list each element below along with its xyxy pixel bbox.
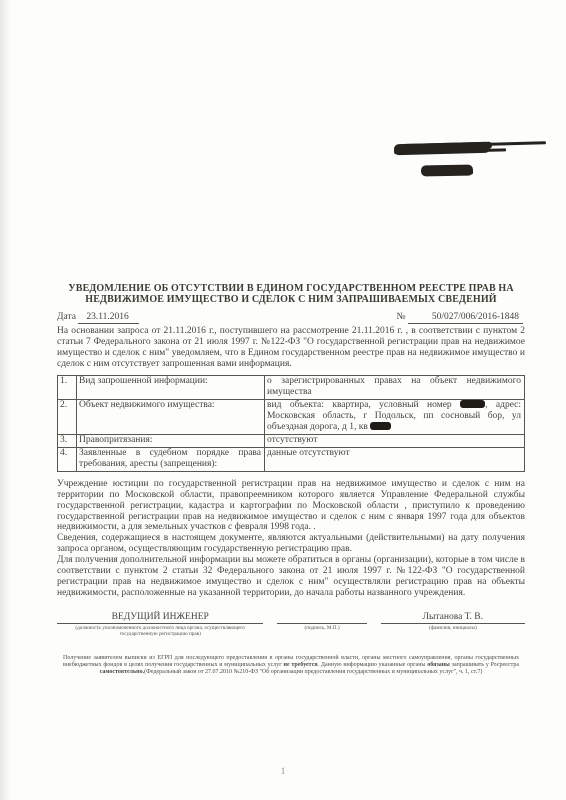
row-value: вид объекта: квартира, условный номер , … (265, 399, 525, 434)
footnote-bold-obliged: обязаны (427, 662, 450, 668)
name-caption: (фамилия, инициалы) (381, 625, 525, 631)
signature-position-column: ВЕДУЩИЙ ИНЖЕНЕР (должность уполномоченно… (57, 612, 263, 637)
document-body: УВЕДОМЛЕНИЕ ОБ ОТСУТСТВИИ В ЕДИНОМ ГОСУД… (57, 284, 525, 676)
redaction-mark (370, 422, 391, 430)
table-row: 2. Объект недвижимого имущества: вид объ… (58, 399, 525, 434)
signature-block: ВЕДУЩИЙ ИНЖЕНЕР (должность уполномоченно… (57, 612, 525, 637)
body-paragraph-1: Учреждение юстиции по государственной ре… (57, 479, 525, 534)
row-label: Заявленные в судебном порядке права треб… (77, 447, 265, 471)
stamp-caption: (подпись, М.П.) (277, 625, 366, 631)
date-value: 23.11.2016 (78, 312, 138, 324)
row-label: Вид запрошенной информации: (77, 375, 265, 399)
footnote-law-reference: (Федеральный закон от 27.07.2010 №210-ФЗ… (144, 669, 482, 675)
row-value: о зарегистрированных правах на объект не… (265, 375, 525, 399)
page-number: 1 (0, 766, 566, 776)
number-label: № (396, 312, 405, 322)
table-row: 4. Заявленные в судебном порядке права т… (58, 447, 525, 471)
redaction-scribble-top (394, 142, 490, 156)
document-title: УВЕДОМЛЕНИЕ ОБ ОТСУТСТВИИ В ЕДИНОМ ГОСУД… (57, 284, 525, 305)
legal-footnote: Получение заявителем выписки из ЕГРП для… (57, 655, 525, 676)
request-info-table: 1. Вид запрошенной информации: о зарегис… (57, 375, 525, 472)
redaction-scribble-bottom (421, 165, 473, 177)
signer-name: Лытанова Т. В. (381, 612, 525, 624)
position-caption: (должность уполномоченного должностного … (57, 625, 263, 637)
row-number: 3. (58, 434, 77, 447)
footnote-text: . Данную информацию указанные органы (318, 662, 428, 668)
row-label: Правопритязания: (77, 434, 265, 447)
number-group: № 50/027/006/2016-1848 (396, 312, 523, 322)
row-label: Объект недвижимого имущества: (77, 399, 265, 434)
footnote-bold-not-required: не требуется (284, 662, 318, 668)
footnote-bold-independently: самостоятельно. (100, 669, 145, 675)
body-paragraph-2: Сведения, содержащиеся в настоящем докум… (57, 533, 525, 555)
position-title: ВЕДУЩИЙ ИНЖЕНЕР (57, 612, 263, 624)
date-group: Дата 23.11.2016 (57, 312, 139, 322)
table-row: 3. Правопритязания: отсутствуют (58, 434, 525, 447)
date-label: Дата (57, 312, 76, 322)
table-row: 1. Вид запрошенной информации: о зарегис… (58, 375, 525, 399)
date-number-row: Дата 23.11.2016 № 50/027/006/2016-1848 (57, 312, 525, 322)
row-value: отсутствуют (265, 434, 525, 447)
signature-line (277, 612, 366, 624)
row-number: 4. (58, 447, 77, 471)
footnote-text: запрашивать у Росреестра (450, 662, 519, 668)
row-value: данные отсутствуют (265, 447, 525, 471)
row-number: 1. (58, 375, 77, 399)
row-number: 2. (58, 399, 77, 434)
redaction-mark (460, 400, 485, 408)
number-value: 50/027/006/2016-1848 (408, 312, 523, 324)
body-paragraph-3: Для получения дополнительной информации … (57, 555, 525, 599)
object-value-part1: вид объекта: квартира, условный номер (267, 400, 460, 410)
intro-paragraph: На основании запроса от 21.11.2016 г., п… (57, 326, 525, 370)
signature-name-column: Лытанова Т. В. (фамилия, инициалы) (381, 612, 525, 637)
scanned-document-page: УВЕДОМЛЕНИЕ ОБ ОТСУТСТВИИ В ЕДИНОМ ГОСУД… (0, 0, 566, 800)
signature-stamp-column: (подпись, М.П.) (277, 612, 366, 637)
